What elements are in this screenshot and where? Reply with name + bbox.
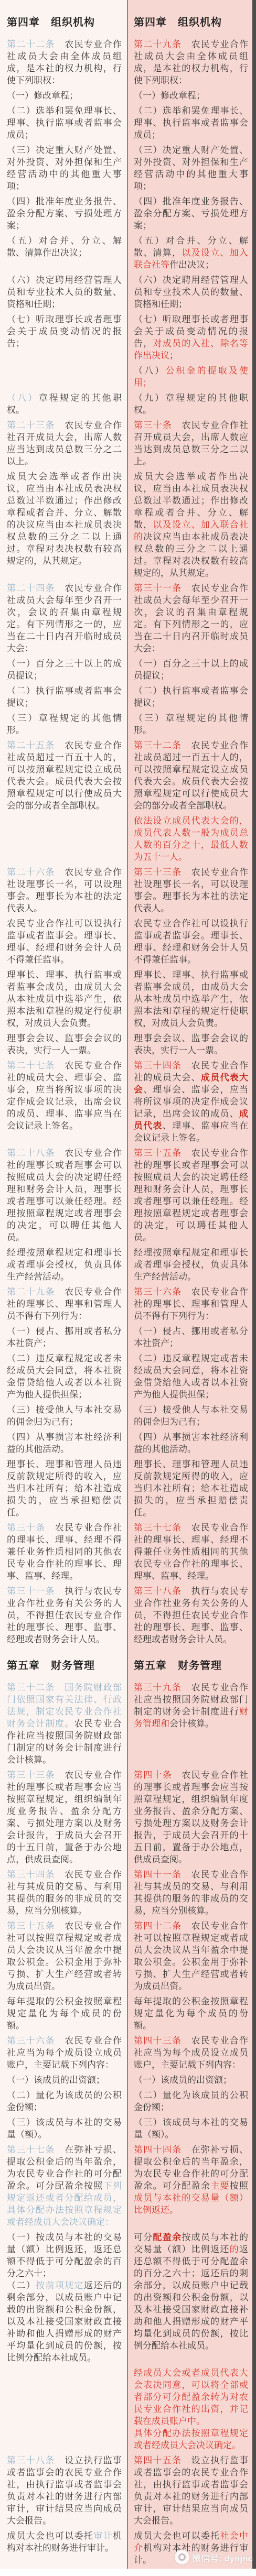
text-segment: （二） <box>7 2280 36 2290</box>
new-law-article-cell: （四）从事损害本社经济利益的其他活动。 <box>127 1431 252 1458</box>
text-segment: 农民专业合作社成员大会每年至少召开一次，会议的召集由章程规定。有下列情形之一的，… <box>134 583 248 653</box>
old-law-article-cell <box>0 2366 127 2454</box>
new-law-article-cell: 依法设立成员代表大会的，成员代表人数一般为成员总人数的百分之十，最低人数为五十一… <box>127 814 252 866</box>
revised-text-highlight: 比例返还。 <box>134 2205 178 2215</box>
text-segment: （三）该成员与本社的交易量（额）。 <box>134 2117 248 2140</box>
chapter-heading: 第四章 组织机构 <box>134 14 248 29</box>
text-segment: （二）量化为该成员的公积金份额； <box>134 2090 248 2112</box>
text-segment: （四）从事损害本社经济利益的其他活动。 <box>134 1432 248 1454</box>
law-paragraph: （三）决定重大财产处置、对外投资、对外担保和生产经营活动中的其他重大事项； <box>7 144 122 192</box>
law-paragraph: （三）接受他人与本社交易的佣金归为己有； <box>134 1404 248 1428</box>
law-paragraph: 第三十四条 农民专业合作社的成员大会、成员代表大会、理事会、监事会，应当将所议事… <box>134 1060 248 1144</box>
new-law-article-cell: 第三十六条 农民专业合作社的理事长、理事和管理人员不得有下列行为： <box>127 1285 252 1325</box>
revised-text-highlight: 第三十五条 <box>134 1148 182 1158</box>
law-paragraph: 第三十九条 农民专业合作社应当按照国务院财政部门制定的财务会计制度进行财务管理和… <box>134 1682 248 1730</box>
text-segment: 农民专业合作社可以设执行监事或者监事会。理事长、理事、经理和财务会计人员不得兼任… <box>7 919 122 965</box>
old-law-article-cell: （四）从事损害本社经济利益的其他活动。 <box>0 1431 127 1458</box>
text-segment: 作出决议； <box>169 260 214 270</box>
old-text-highlight: 第三十八条 <box>7 2455 55 2465</box>
text-segment: （一）侵占、挪用或者私分本社资产； <box>7 1326 122 1348</box>
text-segment: （三）接受他人与本社交易的佣金归为己有； <box>7 1405 122 1427</box>
revised-text-highlight: 第四十三条 <box>134 2036 182 2046</box>
law-paragraph: 成员大会也可以委托社会中介机构对本社的财务进行审计。 <box>134 2530 248 2566</box>
law-paragraph: 第二十八条 农民专业合作社的理事长或者理事会可以按照成员大会的决定聘任经理和财务… <box>7 1147 122 1243</box>
law-paragraph: （三）该成员与本社的交易量（额）。 <box>134 2116 248 2141</box>
revised-text-highlight: 第三十八条 <box>134 1586 182 1596</box>
text-segment: 经理按照章程规定和理事长或者理事会授权，负责具体生产经营活动。 <box>134 1248 248 1282</box>
text-segment: （六）决定聘用经营管理人员和专业技术人员的数量、资格和任期； <box>7 275 122 309</box>
text-segment: （二）违反章程规定或者未经成员大会同意，将本社资金借贷给他人或者以本社资产为他人… <box>7 1354 122 1400</box>
new-law-article-cell: 第四十五条 设立执行监事或者监事会的农民专业合作社，由执行监事或者监事会负责对本… <box>127 2454 252 2529</box>
law-paragraph: （二）量化为该成员的公积金份额； <box>134 2089 248 2113</box>
law-paragraph: 每年提取的公积金按照章程规定量化为每个成员的份额。 <box>134 1995 248 2032</box>
old-law-article-cell: （二）违反章程规定或者未经成员大会同意，将本社资金借贷给他人或者以本社资产为他人… <box>0 1352 127 1403</box>
old-law-article-cell: （一）修改章程； <box>0 89 127 104</box>
text-segment: （一）该成员的出资额； <box>7 2075 105 2085</box>
text-segment: 可分 <box>134 2232 153 2242</box>
law-paragraph: 成员大会选举或者作出决议，应当由本社成员表决权总数过半数通过；作出修改章程或者合… <box>7 471 122 567</box>
law-paragraph: 依法设立成员代表大会的，成员代表人数一般为成员总人数的百分之十，最低人数为五十一… <box>134 815 248 863</box>
new-law-article-cell: （九）章程规定的其他职权。 <box>127 391 252 419</box>
old-law-article-cell: 第二十五条 农民专业合作社成员超过一百五十人的，可以按照章程规定设立成员代表大会… <box>0 739 127 814</box>
law-paragraph: 第二十三条 农民专业合作社召开成员大会，出席人数应当达到成员总数三分之二以上。 <box>7 419 122 467</box>
text-segment: （一）该成员的出资额； <box>134 2075 232 2085</box>
new-law-article-cell: 第三十二条 农民专业合作社成员超过一百五十人的，可以按照章程规定设立成员代表大会… <box>127 739 252 814</box>
law-paragraph: （一）修改章程； <box>7 90 122 102</box>
old-law-article-cell: 第三十二条 国务院财政部门依照国家有关法律、行政法规，制定农民专业合作社财务会计… <box>0 1681 127 1769</box>
law-paragraph: 第三十七条 农民专业合作社的理事长、理事、经理不得兼任业务性质相同的其他农民专业… <box>134 1522 248 1582</box>
text-segment: （二）选举和罢免理事长、理事、执行监事或者监事会成员； <box>134 106 248 140</box>
revised-text-highlight: 第三十条 <box>134 420 172 430</box>
new-law-article-cell: （二）量化为该成员的公积金份额； <box>127 2089 252 2116</box>
old-law-article-cell: （一）按成员与本社的交易量（额）比例返还，返还总额不得低于可分配盈余的百分之六十… <box>0 2231 127 2366</box>
law-paragraph: 第三十八条 设立执行监事或者监事会的农民专业合作社，由执行监事或者监事会负责对本… <box>7 2454 122 2527</box>
old-text-highlight: 第二十七条 <box>7 1061 55 1071</box>
new-law-article-cell: 经成员大会或者成员代表大会表决同意，可以将全部或者部分可分配盈余转为对农民专业合… <box>127 2366 252 2454</box>
law-paragraph: 农民专业合作社可以设执行监事或者监事会。理事长、理事、经理和财务会计人员不得兼任… <box>134 918 248 966</box>
law-paragraph: 可分配盈余按成员与本社的交易量（额）比例返还的返还总额不得低于可分配盈余的百分之… <box>134 2231 248 2352</box>
new-law-article-cell: （三）决定重大财产处置、对外投资、对外担保和生产经营活动中的其他重大事项； <box>127 144 252 195</box>
new-law-article-cell: 第二十九条 农民专业合作社成员大会由全体成员组成，是本社的权力机构，行使下列职权… <box>127 38 252 89</box>
new-law-article-cell: 农民专业合作社可以设执行监事或者监事会。理事长、理事、经理和财务会计人员不得兼任… <box>127 917 252 968</box>
chapter-heading: 第五章 财务管理 <box>134 1657 248 1672</box>
text-segment: 设立执行监事或者监事会的农民专业合作社，由执行监事或者监事会负责对本社的财务进行… <box>134 2455 248 2526</box>
old-law-article-cell: （四）批准年度业务报告、盈余分配方案、亏损处理方案； <box>0 195 127 234</box>
old-law-article-cell: （二）量化为该成员的公积金份额； <box>0 2089 127 2116</box>
old-law-article-cell: 第二十三条 农民专业合作社召开成员大会，出席人数应当达到成员总数三分之二以上。 <box>0 419 127 470</box>
revised-text-highlight: 依法设立成员代表大会的，成员代表人数一般为成员总人数的百分之十，最低人数为五十一… <box>134 816 248 862</box>
text-segment: （九）章程规定的其他职权。 <box>134 393 248 415</box>
old-law-article-cell: （二）选举和罢免理事长、理事、执行监事或者监事会成员； <box>0 104 127 144</box>
revised-text-highlight: 成员与本社的交易量（额） <box>134 2193 248 2203</box>
text-segment: （三）该成员与本社的交易量（额）。 <box>7 2117 122 2140</box>
law-paragraph: 具体分配办法按照章程规定或者经成员大会决议确定。 <box>134 2427 248 2451</box>
old-law-article-cell: 每年提取的公积金按照章程规定量化为每个成员的份额。 <box>0 1995 127 2034</box>
old-law-article-cell: （五）对合并、分立、解散、清算作出决议； <box>0 234 127 274</box>
law-paragraph: 第三十七条 在弥补亏损、提取公积金后的当年盈余，为农民专业合作社的可分配盈余。可… <box>7 2144 122 2228</box>
law-paragraph: 成员大会选举或者作出决议，应当由本社成员表决权总数过半数通过；作出修改章程或者合… <box>134 471 248 579</box>
text-segment: 返还后的剩余部分，以成员账户中记载的出资额和公积金份额，以及本社接受国家财政直接… <box>7 2280 122 2363</box>
revised-text-highlight: 第三十一条 <box>134 583 182 593</box>
old-law-article-cell: 第三十四条 农民专业合作社与其成员的交易、与利用其提供的服务的非成员的交易，应当… <box>0 1868 127 1919</box>
text-segment: 每年提取的公积金按照章程规定量化为每个成员的份额。 <box>134 1996 248 2031</box>
old-law-chapter-cell: 第四章 组织机构 <box>0 0 127 38</box>
text-segment: 成员大会选举或者作出决议，应当由本社成员表决权总数过半数通过；作出修改章程或者合… <box>7 472 122 566</box>
old-law-article-cell: （一）百分之三十以上的成员提议； <box>0 657 127 684</box>
law-paragraph: 第二十六条 农民专业合作社设理事长一名，可以设理事会。理事长为本社的法定代表人。 <box>7 866 122 914</box>
revised-text-highlight: 配盈余 <box>153 2232 182 2242</box>
new-law-article-cell: （三）该成员与本社的交易量（额）。 <box>127 2116 252 2143</box>
law-paragraph: （二）执行监事或者监事会提议； <box>134 685 248 709</box>
law-paragraph: 经理按照章程规定和理事长或者理事会授权，负责具体生产经营活动。 <box>134 1247 248 1283</box>
law-paragraph: （八）章程规定的其他职权。 <box>7 392 122 416</box>
text-segment: （二）违反章程规定或者未经成员大会同意，将本社资金借贷给他人或者以本社资产为他人… <box>134 1354 248 1400</box>
new-law-article-cell: （四）批准年度业务报告、盈余分配方案、亏损处理方案； <box>127 195 252 234</box>
new-law-article-cell: 理事长、理事和管理人员违反前款规定所得的收入，应当归本社所有；给本社造成损失的，… <box>127 1458 252 1521</box>
old-law-article-cell: （六）决定聘用经营管理人员和专业技术人员的数量、资格和任期； <box>0 274 127 313</box>
text-segment: 农民专业合作社的理事长或者理事会可以按照成员大会的决定聘任经理和财务会计人员，理… <box>7 1148 122 1242</box>
law-paragraph: （二）执行监事或者监事会提议； <box>7 685 122 709</box>
revised-text-highlight: 第四十一条 <box>134 1870 182 1880</box>
text-segment: 第四章 组织机构 <box>7 17 95 28</box>
old-law-article-cell: 第二十七条 农民专业合作社的成员大会、理事会、监事会，应当将所议事项的决定作成会… <box>0 1059 127 1147</box>
law-paragraph: （七）听取理事长或者理事会关于成员变动情况的报告； <box>7 313 122 350</box>
law-paragraph: 每年提取的公积金按照章程规定量化为每个成员的份额。 <box>7 1995 122 2032</box>
new-law-article-cell: 第三十九条 农民专业合作社应当按照国务院财政部门制定的财务会计制度进行财务管理和… <box>127 1681 252 1769</box>
law-paragraph: （二）违反章程规定或者未经成员大会同意，将本社资金借贷给他人或者以本社资产为他人… <box>7 1352 122 1401</box>
text-segment: ； <box>169 351 178 361</box>
new-law-article-cell: 第四十条 农民专业合作社的理事长或者理事会应当按照章程规定，组织编制年度业务报告… <box>127 1769 252 1868</box>
new-law-article-cell: 第三十七条 农民专业合作社的理事长、理事、经理不得兼任业务性质相同的其他农民专业… <box>127 1521 252 1585</box>
revised-text-highlight: 第四十四条 <box>134 2145 182 2155</box>
old-law-article-cell: 理事长、理事、执行监事或者监事会成员，由成员大会从本社成员中选举产生，依照本法和… <box>0 968 127 1032</box>
text-segment: 农民专业合作社成员超过一百五十人的，可以按照章程规定设立成员代表大会。成员代表大… <box>134 740 248 811</box>
law-paragraph: （三）决定重大财产处置、对外投资、对外担保和生产经营活动中的其他重大事项； <box>134 144 248 192</box>
revised-text-highlight: 经成员大会或者成员代表大会表决同意，可以将全部或者部分可分配盈余转为对农民专业合… <box>134 2368 248 2426</box>
new-law-article-cell: 第三十三条 农民专业合作社设理事长一名，可以设理事会。理事长为本社的法定代表人。 <box>127 866 252 917</box>
old-law-article-cell: 理事会会议、监事会会议的表决，实行一人一票。 <box>0 1032 127 1059</box>
law-paragraph: （一）侵占、挪用或者私分本社资产； <box>7 1325 122 1349</box>
revised-text-highlight: 第四十二条 <box>134 1921 182 1931</box>
law-paragraph: （三）章程规定的其他情形。 <box>7 712 122 736</box>
revised-text-highlight: 第三十六条 <box>134 1287 182 1297</box>
law-paragraph: （一）侵占、挪用或者私分本社资产； <box>134 1325 248 1349</box>
new-law-article-cell: （三）章程规定的其他情形。 <box>127 712 252 739</box>
text-segment: 理事长、理事和管理人员违反前款规定所得的收入，应当归本社所有；给本社造成损失的，… <box>134 1459 248 1518</box>
old-text-highlight: 第三十七条 <box>7 2145 55 2155</box>
law-paragraph: （一）百分之三十以上的成员提议； <box>7 658 122 682</box>
law-paragraph: 第三十二条 国务院财政部门依照国家有关法律、行政法规，制定农民专业合作社财务会计… <box>7 1682 122 1766</box>
right-edge-scrollbar-strip[interactable] <box>252 0 256 2569</box>
text-segment: （二）量化为该成员的公积金份额； <box>7 2090 122 2112</box>
new-law-article-cell: 第三十条 农民专业合作社召开成员大会，出席人数应当达到成员总数三分之二以上。 <box>127 419 252 470</box>
law-paragraph: （五）对合并、分立、解散、清算作出决议； <box>7 235 122 259</box>
old-text-highlight: 第三十条 <box>7 1523 45 1533</box>
old-text-highlight: 第二十四条 <box>7 583 55 593</box>
revised-text-highlight: 第二十九条 <box>134 39 182 49</box>
chapter-heading: 第四章 组织机构 <box>7 14 122 29</box>
text-segment: 理事长、理事和管理人员违反前款规定所得的收入，应当归本社所有；给本社造成损失的，… <box>7 1459 122 1518</box>
law-paragraph: （一）修改章程； <box>134 90 248 102</box>
old-law-article-cell: （三）章程规定的其他情形。 <box>0 712 127 739</box>
revised-text-highlight: 第三十二条 <box>134 740 182 750</box>
old-law-article-cell: 第二十四条 农民专业合作社成员大会每年至少召开一次，会议的召集由章程规定。有下列… <box>0 582 127 657</box>
law-paragraph: 第三十条 农民专业合作社的理事长、理事、经理不得兼任业务性质相同的其他农民专业合… <box>7 1522 122 1582</box>
text-segment: （一）按成员与本社的交易量（额）比例返还，返还总额不得低于可分配盈余的百分之六十… <box>7 2232 122 2278</box>
law-paragraph: 第三十二条 农民专业合作社成员超过一百五十人的，可以按照章程规定设立成员代表大会… <box>134 739 248 812</box>
old-law-article-cell: 第三十一条 执行与农民专业合作社业务有关公务的人员，不得担任农民专业合作社的理事… <box>0 1585 127 1648</box>
old-law-chapter-cell: 第五章 财务管理 <box>0 1648 127 1681</box>
text-segment: （四）批准年度业务报告、盈余分配方案、亏损处理方案； <box>134 197 248 231</box>
revised-text-highlight: 第三十三条 <box>134 867 182 877</box>
law-paragraph: 第四十五条 设立执行监事或者监事会的农民专业合作社，由执行监事或者监事会负责对本… <box>134 2454 248 2527</box>
old-text-highlight: 第二十五条 <box>7 740 55 750</box>
text-segment: 理事长、理事、执行监事或者监事会成员，由成员大会从本社成员中选举产生，依照本法和… <box>134 970 248 1028</box>
old-law-article-cell: 第三十六条 农民专业合作社应当为每个成员设立成员账户，主要记载下列内容： <box>0 2034 127 2073</box>
text-segment: 理事长、理事、执行监事或者监事会成员，由成员大会从本社成员中选举产生，依照本法和… <box>7 970 122 1028</box>
old-law-article-cell: 第三十三条 农民专业合作社的理事长或者理事会应当按照章程规定，组织编制年度业务报… <box>0 1769 127 1868</box>
new-law-article-cell: （二）执行监事或者监事会提议； <box>127 684 252 712</box>
law-paragraph: （九）章程规定的其他职权。 <box>134 392 248 416</box>
text-segment: 农民专业合作社的理事长或者理事会应当按照章程规定，组织编制年度业务报告、盈余分配… <box>134 1770 248 1864</box>
new-law-chapter-cell: 第五章 财务管理 <box>127 1648 252 1681</box>
text-segment: 成员大会也可以委托 <box>7 2531 93 2541</box>
new-law-article-cell: （五）对合并、分立、解散、清算，以及设立、加入联合社等作出决议； <box>127 234 252 274</box>
old-text-highlight: 第三十一条 <box>7 1586 55 1596</box>
law-paragraph: （三）该成员与本社的交易量（额）。 <box>7 2116 122 2141</box>
old-law-article-cell: （八）章程规定的其他职权。 <box>0 391 127 419</box>
text-segment: （四）批准年度业务报告、盈余分配方案、亏损处理方案； <box>7 197 122 231</box>
old-law-article-cell: 经理按照章程规定和理事长或者理事会授权，负责具体生产经营活动。 <box>0 1246 127 1285</box>
new-law-article-cell: 理事长、理事、执行监事或者监事会成员，由成员大会从本社成员中选举产生，依照本法和… <box>127 968 252 1032</box>
old-text-highlight: （八） <box>7 393 39 403</box>
law-paragraph: （五）对合并、分立、解散、清算，以及设立、加入联合社等作出决议； <box>134 235 248 271</box>
text-segment: （三）决定重大财产处置、对外投资、对外担保和生产经营活动中的其他重大事项； <box>7 145 122 191</box>
old-text-highlight: 第二十六条 <box>7 867 55 877</box>
new-law-article-cell: 成员大会选举或者作出决议，应当由本社成员表决权总数过半数通过；作出修改章程或者合… <box>127 470 252 582</box>
new-law-article-cell: （一）该成员的出资额； <box>127 2073 252 2089</box>
text-segment: （一）修改章程； <box>7 91 78 101</box>
text-segment: 第五章 财务管理 <box>134 1660 222 1672</box>
law-paragraph: 成员大会也可以委托审计机构对本社的财务进行审计。 <box>7 2530 122 2554</box>
law-paragraph: （一）该成员的出资额； <box>7 2074 122 2086</box>
new-law-article-cell: （一）修改章程； <box>127 89 252 104</box>
law-paragraph: 第三十六条 农民专业合作社的理事长、理事和管理人员不得有下列行为： <box>134 1286 248 1322</box>
text-segment: （三）决定重大财产处置、对外投资、对外担保和生产经营活动中的其他重大事项； <box>134 145 248 191</box>
old-text-highlight: 第三十四条 <box>7 1870 55 1880</box>
law-paragraph: 第二十七条 农民专业合作社的成员大会、理事会、监事会，应当将所议事项的决定作成会… <box>7 1060 122 1132</box>
text-segment: 、理事会、监事会，应当将所议事项的决定作成会议记录，出席会议的成员、 <box>134 1085 248 1119</box>
revised-text-highlight: 具体分配办法按照章程规定或者经成员大会决议确定。 <box>134 2428 248 2450</box>
law-comparison-grid: 第四章 组织机构第四章 组织机构第二十二条 农民专业合作社成员大会由全体成员组成… <box>0 0 256 2569</box>
old-law-article-cell: （三）该成员与本社的交易量（额）。 <box>0 2116 127 2143</box>
new-law-article-cell: 每年提取的公积金按照章程规定量化为每个成员的份额。 <box>127 1995 252 2034</box>
law-paragraph: 理事长、理事、执行监事或者监事会成员，由成员大会从本社成员中选举产生，依照本法和… <box>7 969 122 1029</box>
new-law-article-cell: 成员大会也可以委托社会中介机构对本社的财务进行审计。 <box>127 2529 252 2569</box>
law-paragraph: （七）听取理事长或者理事会关于成员变动情况的报告，对成员的入社、除名等作出决议； <box>134 313 248 362</box>
law-paragraph: 经理按照章程规定和理事长或者理事会授权，负责具体生产经营活动。 <box>7 1247 122 1283</box>
old-text-highlight: 第二十二条 <box>7 39 55 49</box>
old-text-highlight: 第二十三条 <box>7 420 55 430</box>
text-segment: 会计核算。 <box>169 1719 214 1729</box>
law-paragraph: 理事会会议、监事会会议的表决，实行一人一票。 <box>7 1032 122 1056</box>
new-law-article-cell: 可分配盈余按成员与本社的交易量（额）比例返还的返还总额不得低于可分配盈余的百分之… <box>127 2231 252 2366</box>
text-segment: 返还总额不得低于可分配盈余的百分之六十；返还后的剩余部分，以成员账户中记载的出资… <box>134 2244 248 2351</box>
text-segment: （一）修改章程； <box>134 91 205 101</box>
law-paragraph: 理事长、理事、执行监事或者监事会成员，由成员大会从本社成员中选举产生，依照本法和… <box>134 969 248 1029</box>
law-paragraph: 第二十九条 农民专业合作社成员大会由全体成员组成，是本社的权力机构，行使下列职权… <box>134 38 248 86</box>
law-paragraph: 第三十八条 执行与农民专业合作社业务有关公务的人员，不得担任农民专业合作社的理事… <box>134 1585 248 1645</box>
new-law-article-cell: （一）侵占、挪用或者私分本社资产； <box>127 1325 252 1352</box>
revised-text-highlight: 第四十五条 <box>134 2455 182 2465</box>
new-law-article-cell: 第三十五条 农民专业合作社的理事长或者理事会可以按照成员大会的决定聘任经理和财务… <box>127 1147 252 1246</box>
old-law-article-cell: 第三十五条 农民专业合作社可以按照章程规定或者成员大会决议从当年盈余中提取公积金… <box>0 1919 127 1995</box>
law-paragraph: 第三十四条 农民专业合作社与其成员的交易、与利用其提供的服务的非成员的交易，应当… <box>7 1869 122 1917</box>
text-segment: （一）侵占、挪用或者私分本社资产； <box>134 1326 248 1348</box>
old-law-article-cell: 第三十七条 在弥补亏损、提取公积金后的当年盈余，为农民专业合作社的可分配盈余。可… <box>0 2143 127 2231</box>
law-paragraph: 理事长、理事和管理人员违反前款规定所得的收入，应当归本社所有；给本社造成损失的，… <box>134 1458 248 1519</box>
law-paragraph: （四）批准年度业务报告、盈余分配方案、亏损处理方案； <box>134 195 248 232</box>
text-segment: 农民专业合作社的理事长或者理事会应当按照章程规定，组织编制年度业务报告、盈余分配… <box>7 1770 122 1864</box>
text-segment: 机构对本社的财务进行审计。 <box>134 2543 248 2565</box>
old-law-article-cell <box>0 364 127 391</box>
text-segment: 第四章 组织机构 <box>134 17 222 28</box>
text-segment: （三）接受他人与本社交易的佣金归为己有； <box>134 1405 248 1427</box>
text-segment: 经理按照章程规定和理事长或者理事会授权，负责具体生产经营活动。 <box>7 1248 122 1282</box>
law-paragraph: （二）选举和罢免理事长、理事、执行监事或者监事会成员； <box>134 105 248 141</box>
law-paragraph: （六）决定聘用经营管理人员和专业技术人员的数量、资格和任期； <box>7 274 122 310</box>
law-paragraph: 第四十二条 农民专业合作社可以按照章程规定或者成员大会决议从当年盈余中提取公积金… <box>134 1920 248 1992</box>
chapter-heading: 第五章 财务管理 <box>7 1657 122 1672</box>
old-law-article-cell: （三）决定重大财产处置、对外投资、对外担保和生产经营活动中的其他重大事项； <box>0 144 127 195</box>
law-paragraph: （二）选举和罢免理事长、理事、执行监事或者监事会成员； <box>7 105 122 141</box>
text-segment: 农民专业合作社可以设执行监事或者监事会。理事长、理事、经理和财务会计人员不得兼任… <box>134 919 248 965</box>
revised-text-highlight: 第四十条 <box>134 1770 172 1780</box>
law-paragraph: （一）按成员与本社的交易量（额）比例返还，返还总额不得低于可分配盈余的百分之六十… <box>7 2231 122 2279</box>
new-law-article-cell: 第四十四条 在弥补亏损、提取公积金后的当年盈余，为农民专业合作社的可分配盈余。可… <box>127 2143 252 2231</box>
law-paragraph: （四）批准年度业务报告、盈余分配方案、亏损处理方案； <box>7 195 122 232</box>
law-paragraph: （一）该成员的出资额； <box>134 2074 248 2086</box>
law-paragraph: 第三十五条 农民专业合作社的理事长或者理事会可以按照成员大会的决定聘任经理和财务… <box>134 1147 248 1243</box>
text-segment: 农民专业合作社可以按照章程规定或者成员大会决议从当年盈余中提取公积金。公积金用于… <box>134 1921 248 1991</box>
old-law-article-cell: 第二十九条 农民专业合作社的理事长、理事和管理人员不得有下列行为： <box>0 1285 127 1325</box>
law-paragraph: （四）从事损害本社经济利益的其他活动。 <box>7 1431 122 1455</box>
new-law-article-cell: （三）接受他人与本社交易的佣金归为己有； <box>127 1403 252 1431</box>
law-paragraph: （三）章程规定的其他情形。 <box>134 712 248 736</box>
revised-text-highlight: 第三十四条 <box>134 1061 182 1071</box>
old-law-article-cell: 第二十八条 农民专业合作社的理事长或者理事会可以按照成员大会的决定聘任经理和财务… <box>0 1147 127 1246</box>
new-law-article-cell: （七）听取理事长或者理事会关于成员变动情况的报告，对成员的入社、除名等作出决议； <box>127 313 252 364</box>
law-paragraph: 第三十一条 农民专业合作社成员大会每年至少召开一次，会议的召集由章程规定。有下列… <box>134 582 248 654</box>
law-paragraph: （一）百分之三十以上的成员提议； <box>134 658 248 682</box>
text-segment: 农民专业合作社成员大会每年至少召开一次，会议的召集由章程规定。有下列情形之一的，… <box>7 583 122 653</box>
text-segment: 理事会会议、监事会会议的表决，实行一人一票。 <box>7 1033 122 1055</box>
law-paragraph: 第二十二条 农民专业合作社成员大会由全体成员组成，是本社的权力机构，行使下列职权… <box>7 38 122 86</box>
old-text-highlight: 审计 <box>93 2531 113 2541</box>
new-law-article-cell: （一）百分之三十以上的成员提议； <box>127 657 252 684</box>
old-law-article-cell: （七）听取理事长或者理事会关于成员变动情况的报告； <box>0 313 127 364</box>
text-segment: （二）执行监事或者监事会提议； <box>7 686 122 708</box>
text-segment: 农民专业合作社的理事长或者理事会可以按照成员大会的决定聘任经理和财务会计人员，理… <box>134 1148 248 1242</box>
law-paragraph: （二）违反章程规定或者未经成员大会同意，将本社资金借贷给他人或者以本社资产为他人… <box>134 1352 248 1401</box>
old-text-highlight: 第三十五条 <box>7 1921 55 1931</box>
law-paragraph: 经成员大会或者成员代表大会表决同意，可以将全部或者部分可分配盈余转为对农民专业合… <box>134 2367 248 2427</box>
law-paragraph: 农民专业合作社可以设执行监事或者监事会。理事长、理事、经理和财务会计人员不得兼任… <box>7 918 122 966</box>
revised-text-highlight: 的 <box>230 2244 239 2254</box>
old-law-article-cell: （一）该成员的出资额； <box>0 2073 127 2089</box>
old-law-article-cell: 第二十二条 农民专业合作社成员大会由全体成员组成，是本社的权力机构，行使下列职权… <box>0 38 127 89</box>
text-segment: 农民专业合作社可以按照章程规定或者成员大会决议从当年盈余中提取公积金。公积金用于… <box>7 1921 122 1991</box>
new-law-article-cell: （二）违反章程规定或者未经成员大会同意，将本社资金借贷给他人或者以本社资产为他人… <box>127 1352 252 1403</box>
bottom-margin-strip <box>0 2569 256 2576</box>
text-segment: （二）执行监事或者监事会提议； <box>134 686 248 708</box>
old-text-highlight: 第二十八条 <box>7 1148 55 1158</box>
law-paragraph: 第四十四条 在弥补亏损、提取公积金后的当年盈余，为农民专业合作社的可分配盈余。可… <box>134 2144 248 2216</box>
new-law-article-cell: 第三十一条 农民专业合作社成员大会每年至少召开一次，会议的召集由章程规定。有下列… <box>127 582 252 657</box>
new-law-article-cell: （二）选举和罢免理事长、理事、执行监事或者监事会成员； <box>127 104 252 144</box>
text-segment: （三）章程规定的其他情形。 <box>134 713 248 735</box>
text-segment: （四）从事损害本社经济利益的其他活动。 <box>7 1432 122 1454</box>
law-paragraph: （八）公积金的提取及使用； <box>134 365 248 389</box>
law-comparison-page: 第四章 组织机构第四章 组织机构第二十二条 农民专业合作社成员大会由全体成员组成… <box>0 0 256 2576</box>
law-paragraph: 第二十五条 农民专业合作社成员超过一百五十人的，可以按照章程规定设立成员代表大会… <box>7 739 122 812</box>
law-paragraph: 理事长、理事和管理人员违反前款规定所得的收入，应当归本社所有；给本社造成损失的，… <box>7 1458 122 1519</box>
old-text-highlight: 第三十三条 <box>7 1770 55 1780</box>
revised-text-highlight: 第三十九条 <box>134 1683 182 1693</box>
old-law-article-cell: （三）接受他人与本社交易的佣金归为己有； <box>0 1403 127 1431</box>
law-paragraph: 第三十三条 农民专业合作社设理事长一名，可以设理事会。理事长为本社的法定代表人。 <box>134 866 248 914</box>
law-paragraph: 第四十条 农民专业合作社的理事长或者理事会应当按照章程规定，组织编制年度业务报告… <box>134 1769 248 1865</box>
law-paragraph: （六）决定聘用经营管理人员和专业技术人员的数量、资格和任期； <box>134 274 248 310</box>
law-paragraph: 第三十一条 执行与农民专业合作社业务有关公务的人员，不得担任农民专业合作社的理事… <box>7 1585 122 1645</box>
revised-text-highlight: 主要 <box>210 2181 230 2191</box>
new-law-article-cell: （六）决定聘用经营管理人员和专业技术人员的数量、资格和任期； <box>127 274 252 313</box>
text-segment: 设立执行监事或者监事会的农民专业合作社，由执行监事或者监事会负责对本社的财务进行… <box>7 2455 122 2526</box>
text-segment: 农民专业合作社成员超过一百五十人的，可以按照章程规定设立成员代表大会。成员代表大… <box>7 740 122 811</box>
text-segment: （一）百分之三十以上的成员提议； <box>134 659 248 681</box>
old-law-article-cell: 理事长、理事和管理人员违反前款规定所得的收入，应当归本社所有；给本社造成损失的，… <box>0 1458 127 1521</box>
old-law-article-cell: 第二十六条 农民专业合作社设理事长一名，可以设理事会。理事长为本社的法定代表人。 <box>0 866 127 917</box>
law-paragraph: 第三十五条 农民专业合作社可以按照章程规定或者成员大会决议从当年盈余中提取公积金… <box>7 1920 122 1992</box>
old-law-article-cell <box>0 814 127 866</box>
old-law-article-cell: 成员大会也可以委托审计机构对本社的财务进行审计。 <box>0 2529 127 2569</box>
text-segment: （八） <box>134 366 165 376</box>
text-segment: （一）百分之三十以上的成员提议； <box>7 659 122 681</box>
law-paragraph: 第四十三条 农民专业合作社应当为每个成员设立成员账户，主要记载下列内容： <box>134 2035 248 2071</box>
old-law-article-cell: 第三十条 农民专业合作社的理事长、理事、经理不得兼任业务性质相同的其他农民专业合… <box>0 1521 127 1585</box>
text-segment: （二）选举和罢免理事长、理事、执行监事或者监事会成员； <box>7 106 122 140</box>
new-law-chapter-cell: 第四章 组织机构 <box>127 0 252 38</box>
law-paragraph: 第三十六条 农民专业合作社应当为每个成员设立成员账户，主要记载下列内容： <box>7 2035 122 2071</box>
new-law-article-cell: 理事会会议、监事会会议的表决，实行一人一票。 <box>127 1032 252 1059</box>
text-segment: 理事会会议、监事会会议的表决，实行一人一票。 <box>134 1033 248 1055</box>
text-segment: （三）章程规定的其他情形。 <box>7 713 122 735</box>
new-law-article-cell: 第三十八条 执行与农民专业合作社业务有关公务的人员，不得担任农民专业合作社的理事… <box>127 1585 252 1648</box>
old-text-highlight: 第二十九条 <box>7 1287 55 1297</box>
old-text-highlight: 按前项规定 <box>36 2280 84 2290</box>
new-law-article-cell: （八）公积金的提取及使用； <box>127 364 252 391</box>
old-law-article-cell: 第三十八条 设立执行监事或者监事会的农民专业合作社，由执行监事或者监事会负责对本… <box>0 2454 127 2529</box>
law-paragraph: （二）量化为该成员的公积金份额； <box>7 2089 122 2113</box>
text-segment: （七）听取理事长或者理事会关于成员变动情况的报告； <box>7 314 122 348</box>
new-law-article-cell: 第三十四条 农民专业合作社的成员大会、成员代表大会、理事会、监事会，应当将所议事… <box>127 1059 252 1147</box>
law-paragraph: （三）接受他人与本社交易的佣金归为己有； <box>7 1404 122 1428</box>
revised-text-highlight: 第三十七条 <box>134 1523 182 1533</box>
old-law-article-cell: （一）侵占、挪用或者私分本社资产； <box>0 1325 127 1352</box>
law-paragraph: （四）从事损害本社经济利益的其他活动。 <box>134 1431 248 1455</box>
new-law-article-cell: 第四十二条 农民专业合作社可以按照章程规定或者成员大会决议从当年盈余中提取公积金… <box>127 1919 252 1995</box>
law-paragraph: 第二十四条 农民专业合作社成员大会每年至少召开一次，会议的召集由章程规定。有下列… <box>7 582 122 654</box>
